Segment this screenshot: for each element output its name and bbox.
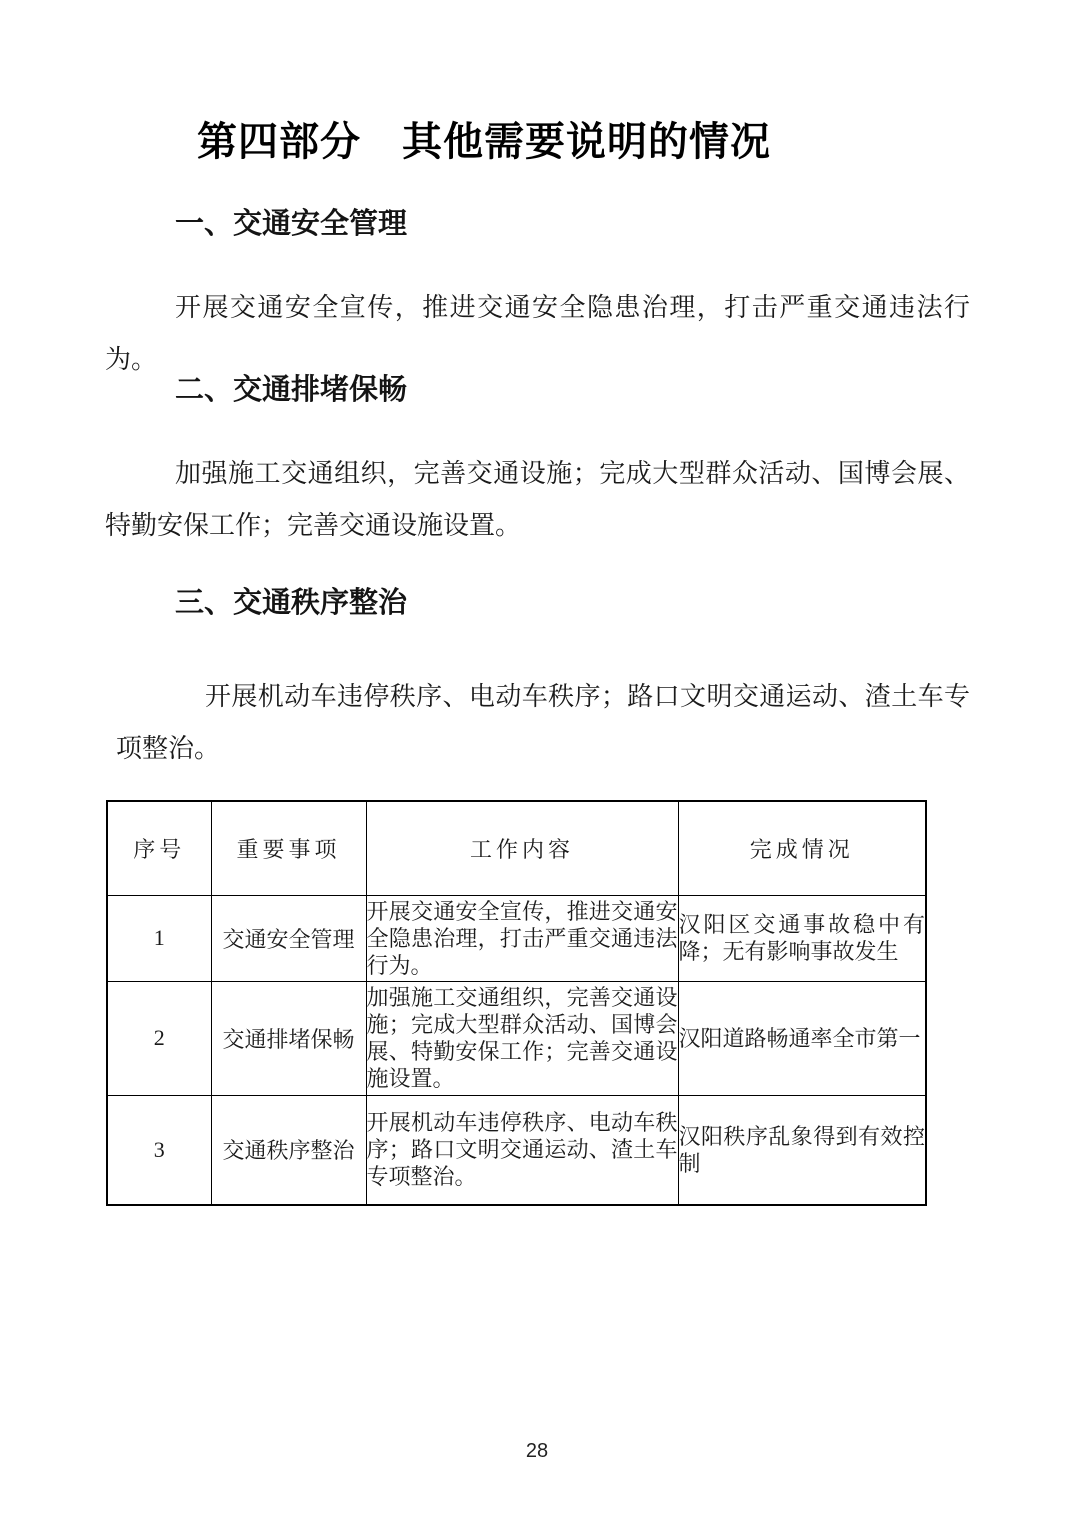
section-paragraph-traffic-safety: 开展交通安全宣传，推进交通安全隐患治理，打击严重交通违法行为。 <box>105 282 970 386</box>
cell-content: 开展交通安全宣传，推进交通安全隐患治理，打击严重交通违法行为。 <box>366 895 678 981</box>
cell-item: 交通排堵保畅 <box>211 981 366 1095</box>
summary-table-body: 1 交通安全管理 开展交通安全宣传，推进交通安全隐患治理，打击严重交通违法行为。… <box>107 895 926 1205</box>
column-header-status: 完成情况 <box>678 801 926 895</box>
section-heading-order-rectification: 三、交通秩序整治 <box>175 585 407 621</box>
section-heading-traffic-safety: 一、交通安全管理 <box>175 206 407 242</box>
summary-table: 序号 重要事项 工作内容 完成情况 1 交通安全管理 开展交通安全宣传，推进交通… <box>106 800 927 1206</box>
summary-table-header: 序号 重要事项 工作内容 完成情况 <box>107 801 926 895</box>
cell-content: 加强施工交通组织，完善交通设施；完成大型群众活动、国博会展、特勤安保工作；完善交… <box>366 981 678 1095</box>
section-paragraph-congestion-relief: 加强施工交通组织，完善交通设施；完成大型群众活动、国博会展、特勤安保工作；完善交… <box>105 448 970 552</box>
table-header-row: 序号 重要事项 工作内容 完成情况 <box>107 801 926 895</box>
cell-no: 2 <box>107 981 211 1095</box>
page-number: 28 <box>0 1440 1074 1463</box>
table-row: 1 交通安全管理 开展交通安全宣传，推进交通安全隐患治理，打击严重交通违法行为。… <box>107 895 926 981</box>
cell-status: 汉阳区交通事故稳中有降；无有影响事故发生 <box>678 895 926 981</box>
document-page: 第四部分 其他需要说明的情况 一、交通安全管理 开展交通安全宣传，推进交通安全隐… <box>0 0 1074 1520</box>
cell-no: 1 <box>107 895 211 981</box>
table-row: 2 交通排堵保畅 加强施工交通组织，完善交通设施；完成大型群众活动、国博会展、特… <box>107 981 926 1095</box>
cell-no: 3 <box>107 1095 211 1205</box>
cell-content: 开展机动车违停秩序、电动车秩序；路口文明交通运动、渣土车专项整治。 <box>366 1095 678 1205</box>
cell-status: 汉阳道路畅通率全市第一 <box>678 981 926 1095</box>
page-title: 第四部分 其他需要说明的情况 <box>197 116 771 168</box>
cell-item: 交通安全管理 <box>211 895 366 981</box>
cell-status: 汉阳秩序乱象得到有效控制 <box>678 1095 926 1205</box>
table-row: 3 交通秩序整治 开展机动车违停秩序、电动车秩序；路口文明交通运动、渣土车专项整… <box>107 1095 926 1205</box>
column-header-item: 重要事项 <box>211 801 366 895</box>
cell-item: 交通秩序整治 <box>211 1095 366 1205</box>
column-header-no: 序号 <box>107 801 211 895</box>
section-paragraph-order-rectification: 开展机动车违停秩序、电动车秩序；路口文明交通运动、渣土车专项整治。 <box>116 671 970 775</box>
column-header-content: 工作内容 <box>366 801 678 895</box>
section-heading-congestion-relief: 二、交通排堵保畅 <box>175 372 407 408</box>
